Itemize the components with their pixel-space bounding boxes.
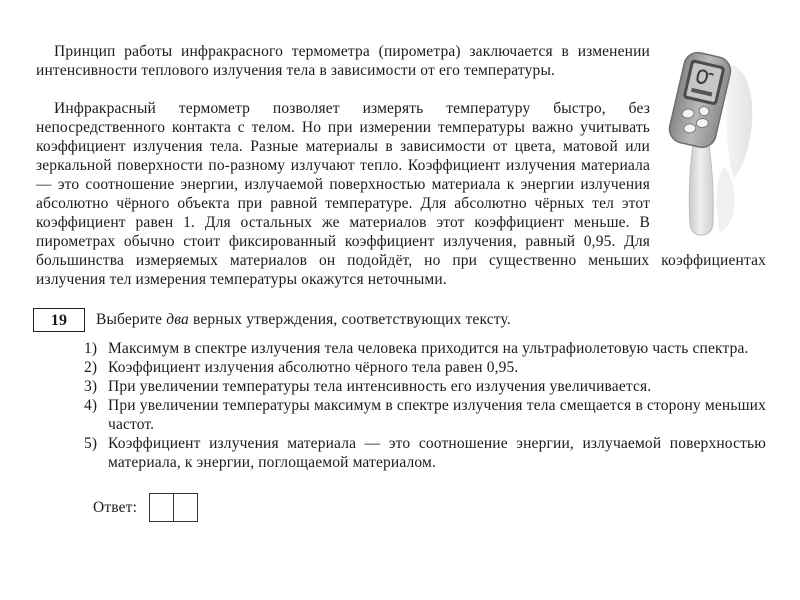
question-prompt-start: Выберите <box>96 311 166 328</box>
option-number: 5) <box>84 434 108 453</box>
question-header: 19 Выберите два верных утверждения, соот… <box>33 307 766 332</box>
options-list: 1) Максимум в спектре излучения тела чел… <box>84 339 766 472</box>
option-text: При увеличении температуры максимум в сп… <box>108 396 766 434</box>
option-number: 4) <box>84 396 108 415</box>
option-item-4: 4) При увеличении температуры максимум в… <box>84 396 766 434</box>
infrared-thermometer-photo <box>666 46 766 236</box>
option-item-5: 5) Коэффициент излучения материала — это… <box>84 434 766 472</box>
question-number: 19 <box>51 311 67 330</box>
answer-box <box>149 493 198 522</box>
option-item-3: 3) При увеличении температуры тела интен… <box>84 377 766 396</box>
option-text: При увеличении температуры тела интенсив… <box>108 377 766 396</box>
option-text: Коэффициент излучения абсолютно чёрного … <box>108 358 766 377</box>
option-text: Коэффициент излучения материала — это со… <box>108 434 766 472</box>
option-item-2: 2) Коэффициент излучения абсолютно чёрно… <box>84 358 766 377</box>
question-prompt: Выберите два верных утверждения, соответ… <box>96 307 511 329</box>
question-prompt-emphasis: два <box>166 311 189 328</box>
question-number-box: 19 <box>33 308 85 332</box>
intro-paragraph: Принцип работы инфракрасного термометра … <box>36 42 766 80</box>
option-number: 2) <box>84 358 108 377</box>
answer-cell-2 <box>174 493 198 522</box>
option-number: 1) <box>84 339 108 358</box>
answer-label: Ответ: <box>93 498 137 517</box>
answer-row: Ответ: <box>93 493 766 522</box>
option-item-1: 1) Максимум в спектре излучения тела чел… <box>84 339 766 358</box>
infrared-thermometer-image <box>666 46 766 236</box>
main-paragraph: Инфракрасный термометр позволяет измерят… <box>36 99 766 289</box>
page-content: Принцип работы инфракрасного термометра … <box>36 42 766 522</box>
option-number: 3) <box>84 377 108 396</box>
answer-cell-1 <box>149 493 174 522</box>
option-text: Максимум в спектре излучения тела челове… <box>108 339 766 358</box>
question-prompt-end: верных утверждения, соответствующих текс… <box>189 311 511 328</box>
exam-page: Принцип работы инфракрасного термометра … <box>0 0 800 600</box>
